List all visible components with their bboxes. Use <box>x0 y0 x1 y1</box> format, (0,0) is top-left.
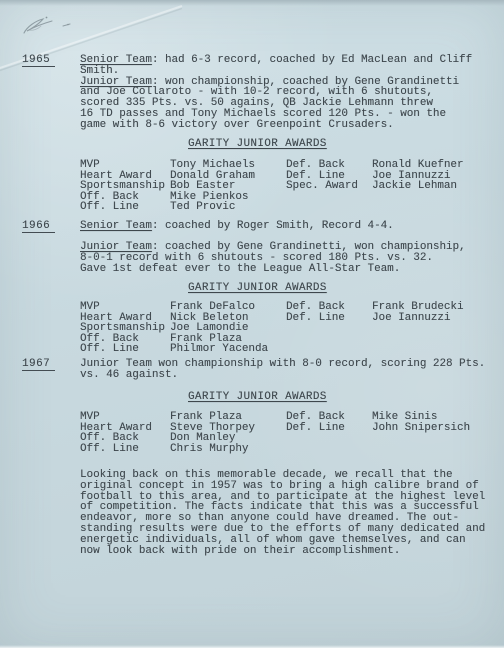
year-label: 1966 <box>22 221 55 232</box>
line-text: game with 8-6 victory over Greenpoint Cr… <box>80 119 394 131</box>
award-category: Off. Line <box>80 202 139 213</box>
line-text: Gave 1st defeat ever to the League All-S… <box>80 263 400 275</box>
line-text: now look back with pride on their accomp… <box>80 545 400 557</box>
awards-heading: GARITY JUNIOR AWARDS <box>188 392 327 403</box>
award-category: Off. Line <box>80 344 139 355</box>
award-category: Spec. Award <box>286 181 358 192</box>
year-text: 1966 <box>22 220 55 233</box>
underlined-phrase: Senior Team <box>80 220 152 232</box>
year-label: 1965 <box>22 55 55 66</box>
award-recipient: John Snipersich <box>372 423 470 434</box>
award-recipient: Ted Provic <box>170 202 235 213</box>
body-line: game with 8-6 victory over Greenpoint Cr… <box>80 120 394 131</box>
award-recipient: Joe Iannuzzi <box>372 313 450 324</box>
body-line: now look back with pride on their accomp… <box>80 546 400 557</box>
line-text: vs. 46 against. <box>80 369 178 381</box>
year-text: 1967 <box>22 358 55 371</box>
line-text: : had 6-3 record, coached by Ed MacLean … <box>152 54 472 66</box>
scanned-page: 1965Senior Team: had 6-3 record, coached… <box>0 0 504 648</box>
document-content: 1965Senior Team: had 6-3 record, coached… <box>0 0 504 648</box>
line-text: : coached by Roger Smith, Record 4-4. <box>152 220 394 232</box>
body-line: Senior Team: coached by Roger Smith, Rec… <box>80 221 394 232</box>
year-text: 1965 <box>22 54 55 67</box>
awards-heading: GARITY JUNIOR AWARDS <box>188 139 327 150</box>
award-recipient: Philmor Yacenda <box>170 344 268 355</box>
body-line: Gave 1st defeat ever to the League All-S… <box>80 264 400 275</box>
body-line: Senior Team: had 6-3 record, coached by … <box>80 55 472 66</box>
award-category: Def. Line <box>286 423 345 434</box>
awards-heading: GARITY JUNIOR AWARDS <box>188 283 327 294</box>
award-category: Off. Line <box>80 444 139 455</box>
award-category: Def. Line <box>286 313 345 324</box>
year-label: 1967 <box>22 359 55 370</box>
award-recipient: Chris Murphy <box>170 444 248 455</box>
award-recipient: Jackie Lehman <box>372 181 457 192</box>
body-line: vs. 46 against. <box>80 370 178 381</box>
